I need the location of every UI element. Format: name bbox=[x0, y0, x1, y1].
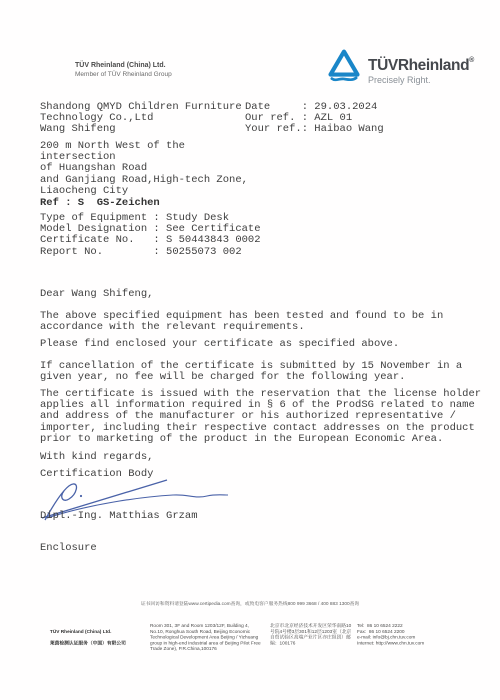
footer-address-en: Room 301, 3F and Room 1203/12F, Building… bbox=[150, 623, 263, 652]
footer-col-contact: Tel: 86 10 6524 2222 Fax: 86 10 6524 220… bbox=[357, 623, 469, 669]
tuv-triangle-icon bbox=[326, 46, 362, 86]
logo-tagline: Precisely Right. bbox=[368, 75, 474, 86]
footer-hotline-wrap: 证书回访和资料请登陆www.certipedia.com查询，或致电客户服务热线… bbox=[50, 601, 450, 613]
footer-col-company: TÜV Rheinland (China) Ltd. 莱茵检测认证服务（中国）有… bbox=[42, 623, 144, 681]
equipment-block: Type of Equipment : Study Desk Model Des… bbox=[40, 213, 261, 258]
recipient-company: Shandong QMYD Children Furniture Technol… bbox=[40, 102, 242, 136]
enclosure-label: Enclosure bbox=[40, 543, 97, 554]
registered-mark: ® bbox=[469, 57, 474, 64]
recipient-address: 200 m North West of the intersection of … bbox=[40, 141, 248, 197]
letter-meta: Date : 29.03.2024 Our ref. : AZL 01 Your… bbox=[245, 102, 384, 136]
signer-name: Dipl.-Ing. Matthias Grzam bbox=[40, 511, 198, 522]
footer-col-address-cn: 北京市北京经济技术开发区荣华南路10号院4号楼3层301和12层1203室（北京… bbox=[270, 623, 356, 669]
footer-address-cn: 北京市北京经济技术开发区荣华南路10号院4号楼3层301和12层1203室（北京… bbox=[270, 623, 356, 646]
closing: With kind regards, bbox=[40, 452, 153, 463]
header-company-group: Member of TÜV Rheinland Group bbox=[75, 71, 172, 79]
paragraph-1: The above specified equipment has been t… bbox=[40, 311, 443, 333]
header-company-name: TÜV Rheinland (China) Ltd. bbox=[75, 62, 172, 71]
salutation: Dear Wang Shifeng, bbox=[40, 289, 153, 300]
footer-company-cn: 莱茵检测认证服务（中国）有限公司 bbox=[50, 640, 126, 646]
footer-col-address-en: Room 301, 3F and Room 1203/12F, Building… bbox=[150, 623, 263, 681]
paragraph-3: If cancellation of the certificate is su… bbox=[40, 361, 462, 383]
footer-contact: Tel: 86 10 6524 2222 Fax: 86 10 6524 220… bbox=[357, 623, 469, 646]
footer-hotline: 证书回访和资料请登陆www.certipedia.com查询，或致电客户服务热线… bbox=[50, 601, 450, 607]
logo-wordmark: TÜVRheinland® Precisely Right. bbox=[368, 46, 474, 86]
header-company-block: TÜV Rheinland (China) Ltd. Member of TÜV… bbox=[75, 62, 172, 79]
logo-brand-text: TÜVRheinland® bbox=[368, 52, 474, 75]
paragraph-4: The certificate is issued with the reser… bbox=[40, 389, 481, 445]
logo-tuv: TÜV bbox=[368, 57, 398, 74]
footer-company-en: TÜV Rheinland (China) Ltd. bbox=[50, 629, 111, 635]
letter-page: TÜV Rheinland (China) Ltd. Member of TÜV… bbox=[0, 0, 500, 700]
logo-rheinland: Rheinland bbox=[398, 57, 469, 74]
tuv-logo: TÜVRheinland® Precisely Right. bbox=[326, 46, 474, 86]
ref-line: Ref : S GS-Zeichen bbox=[40, 198, 160, 209]
paragraph-2: Please find enclosed your certificate as… bbox=[40, 339, 399, 350]
